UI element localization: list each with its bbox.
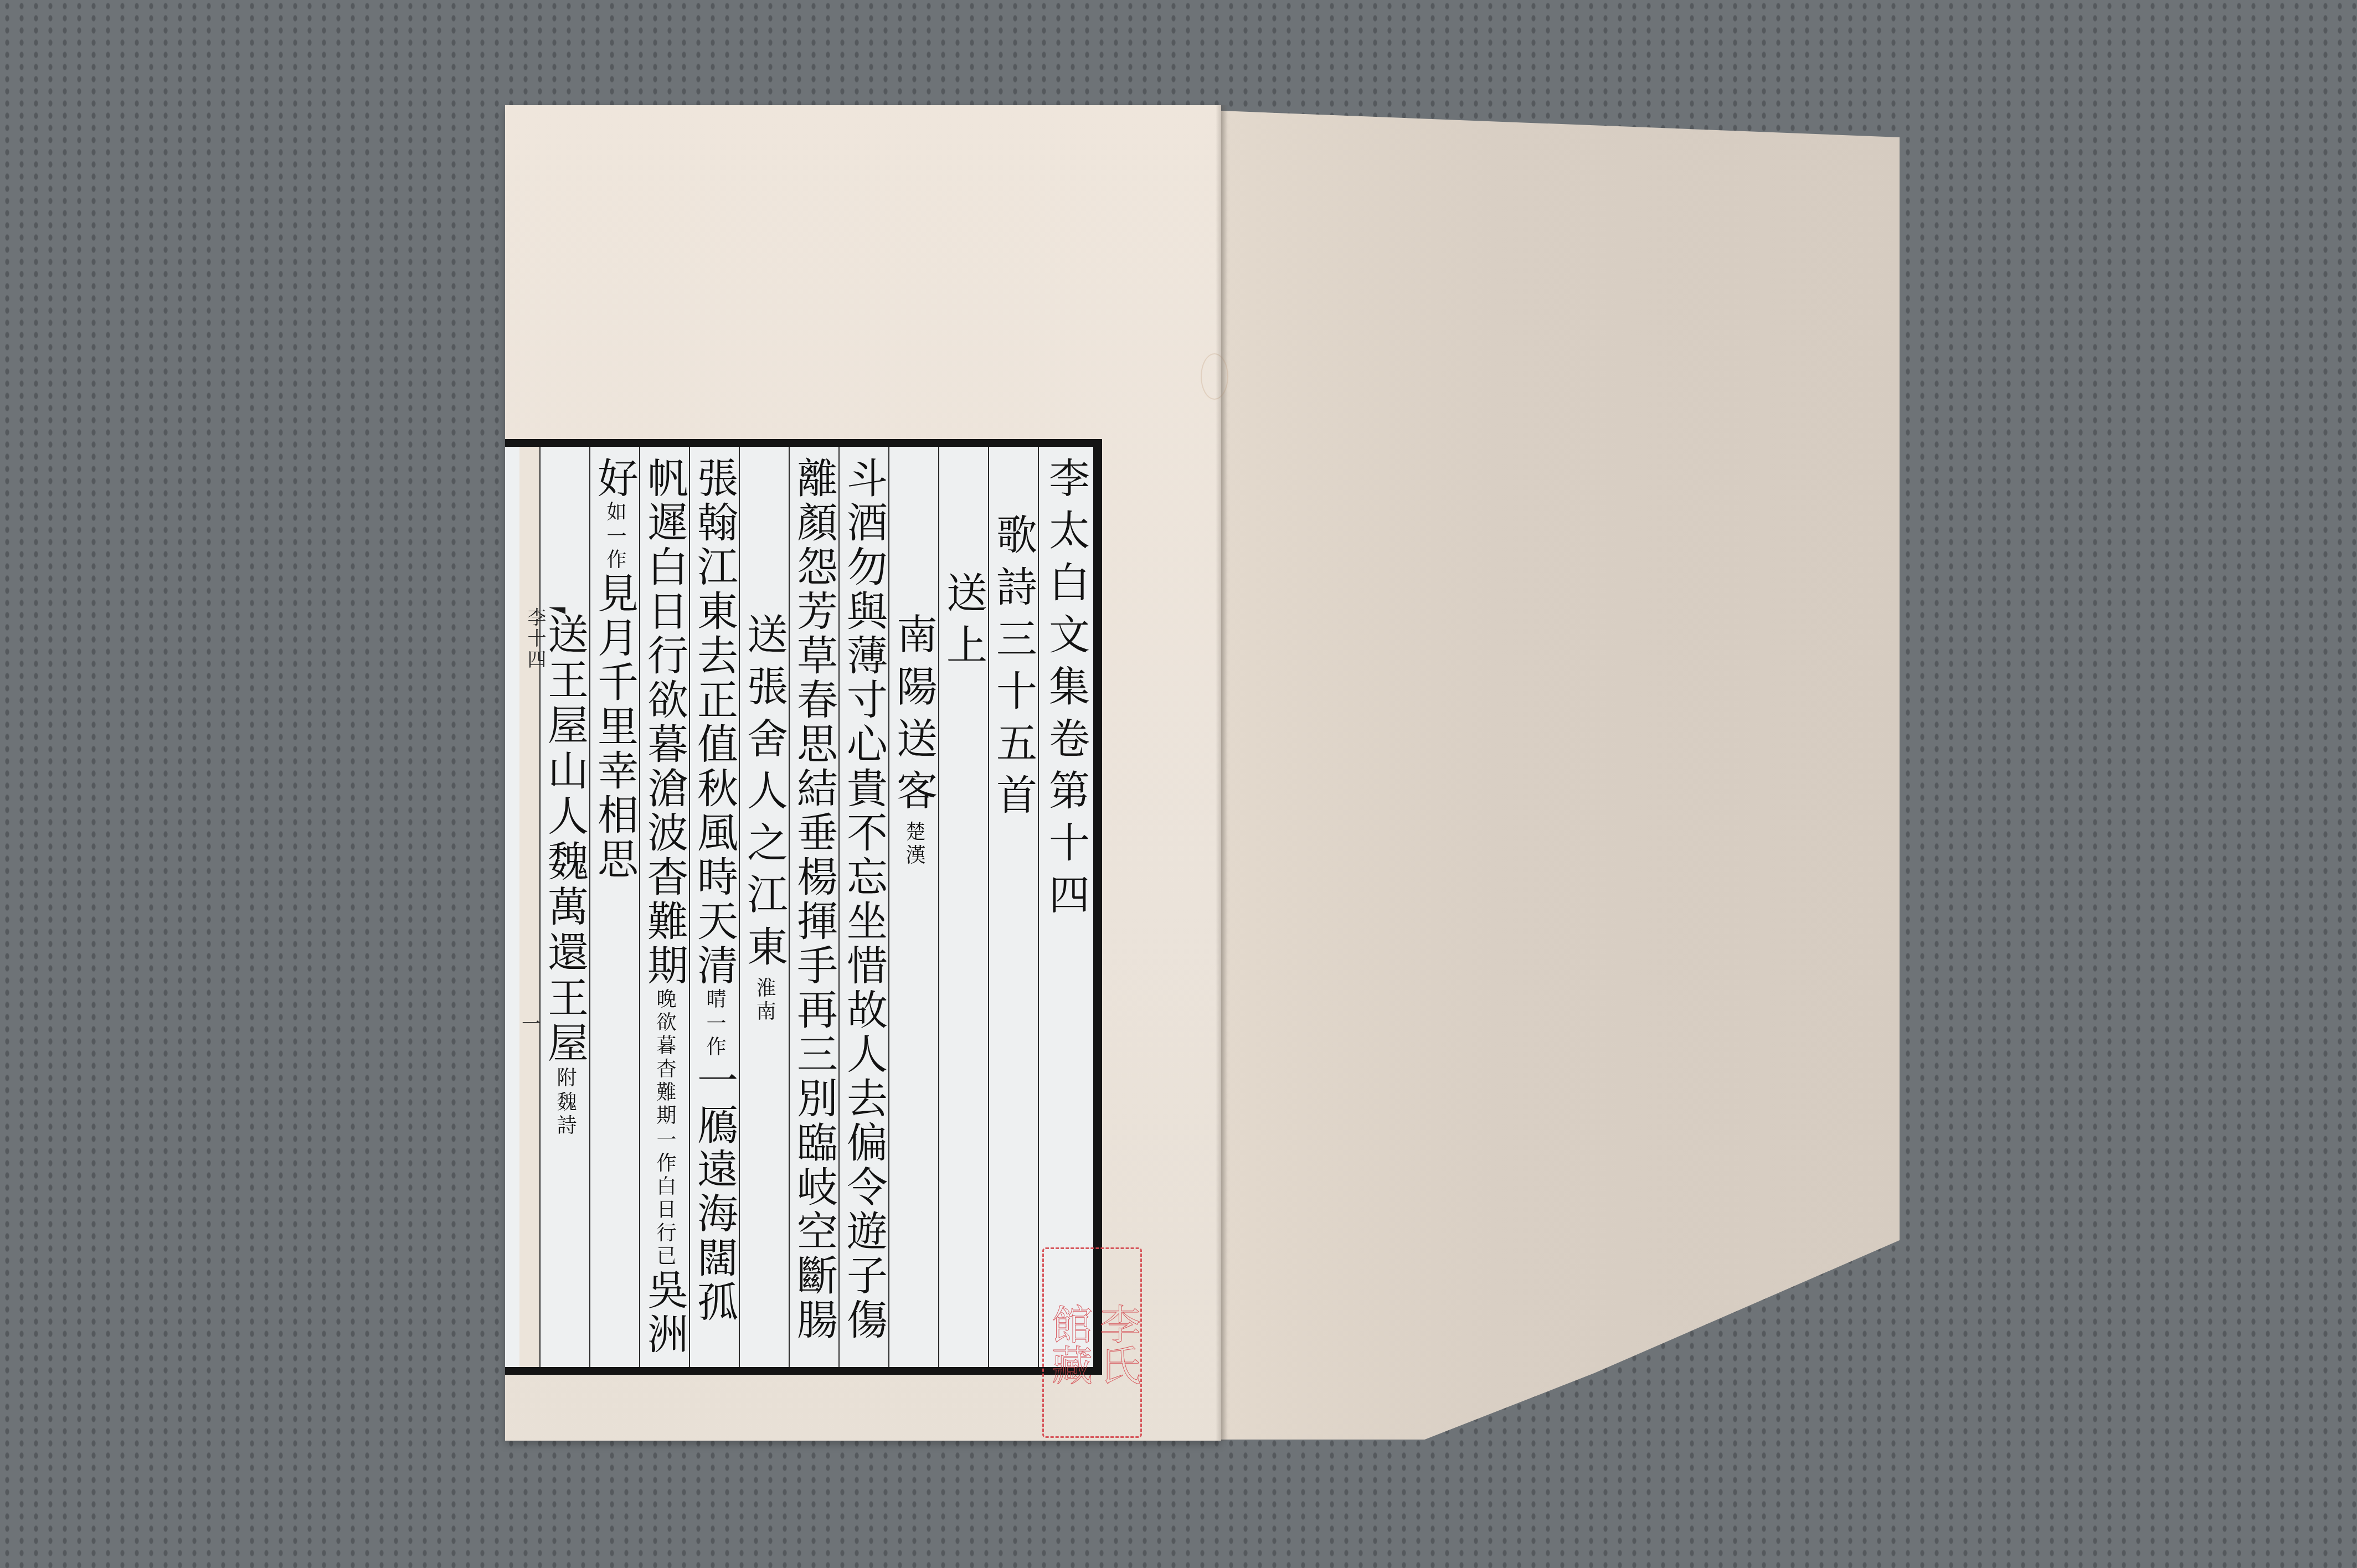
column-section-heading: 歌詩三十五首 (988, 447, 1038, 1367)
column-category: 送上 (938, 447, 988, 1367)
annotation: 淮南 (753, 977, 775, 1024)
book-gutter (1216, 105, 1228, 1441)
page-number: 一 (522, 1009, 541, 1036)
poem-title-text: 送張舍人之江東 (740, 613, 788, 977)
column-verse-5: 好一作如見月千里幸相思 (589, 447, 639, 1367)
verse-text: 見月千里幸相思 (591, 572, 639, 882)
poem-title: 南陽送客楚漢 (893, 613, 934, 868)
verse-text: 帆遲白日行欲暮滄波杳難期 (641, 457, 688, 988)
verse-text: 好 (591, 457, 639, 501)
poem-title: 送王屋山人魏萬還王屋魏詩附 (544, 613, 585, 1138)
column-verse-2: 離顏怨芳草春思結垂楊揮手再三別臨岐空斷腸 (789, 447, 838, 1367)
verse-line: 帆遲白日行欲暮滄波杳難期一作白日行已晚欲暮杳難期吳洲 (644, 457, 685, 1357)
column-poem-title-1: 南陽送客楚漢 (888, 447, 938, 1367)
column-verse-4: 帆遲白日行欲暮滄波杳難期一作白日行已晚欲暮杳難期吳洲 (639, 447, 689, 1367)
column-poem-title-3: 送王屋山人魏萬還王屋魏詩附 (539, 447, 589, 1367)
annotation: 一作白日行已晚欲暮杳難期 (653, 988, 676, 1268)
right-page-blank (1221, 111, 1900, 1440)
banxin-strip: 李十四 一 (519, 447, 539, 1367)
poem-title-text: 送王屋山人魏萬還王屋 (541, 613, 589, 1067)
collector-seal: 李氏 館藏 (1042, 1247, 1142, 1438)
category-label: 送上 (943, 571, 984, 675)
text-columns: 李太白文集卷第十四 歌詩三十五首 送上 南陽送客楚漢 斗酒勿與薄寸心貴不忘坐惜故… (505, 447, 1093, 1367)
seal-text-right: 李氏 (1092, 1249, 1140, 1436)
verse-text: 張翰江東去正值秋風時天清 (691, 457, 738, 988)
column-title: 李太白文集卷第十四 (1038, 447, 1093, 1367)
seal-text-left: 館藏 (1044, 1249, 1092, 1436)
verse-line: 斗酒勿與薄寸心貴不忘坐惜故人去偏令遊子傷 (843, 457, 884, 1343)
annotation: 一作晴 (703, 988, 725, 1059)
poem-title-text: 南陽送客 (890, 613, 938, 821)
verse-text: 一鴈遠海闊孤 (691, 1059, 738, 1325)
volume-title: 李太白文集卷第十四 (1046, 457, 1087, 925)
verse-line: 離顏怨芳草春思結垂楊揮手再三別臨岐空斷腸 (794, 457, 835, 1343)
printed-text-frame: 李太白文集卷第十四 歌詩三十五首 送上 南陽送客楚漢 斗酒勿與薄寸心貴不忘坐惜故… (505, 439, 1102, 1375)
column-verse-3: 張翰江東去正值秋風時天清一作晴一鴈遠海闊孤 (689, 447, 739, 1367)
section-heading: 歌詩三十五首 (993, 513, 1034, 826)
verse-line: 好一作如見月千里幸相思 (594, 457, 635, 882)
verse-text: 吳洲 (641, 1268, 688, 1357)
column-poem-title-2: 送張舍人之江東淮南 (739, 447, 789, 1367)
annotation: 魏詩附 (554, 1067, 576, 1138)
banxin-label: 李十四 (522, 607, 565, 670)
poem-title: 送張舍人之江東淮南 (744, 613, 785, 1024)
annotation: 一作如 (604, 501, 626, 572)
annotation: 楚漢 (903, 821, 925, 868)
verse-line: 張翰江東去正值秋風時天清一作晴一鴈遠海闊孤 (694, 457, 735, 1325)
column-verse-1: 斗酒勿與薄寸心貴不忘坐惜故人去偏令遊子傷 (838, 447, 888, 1367)
